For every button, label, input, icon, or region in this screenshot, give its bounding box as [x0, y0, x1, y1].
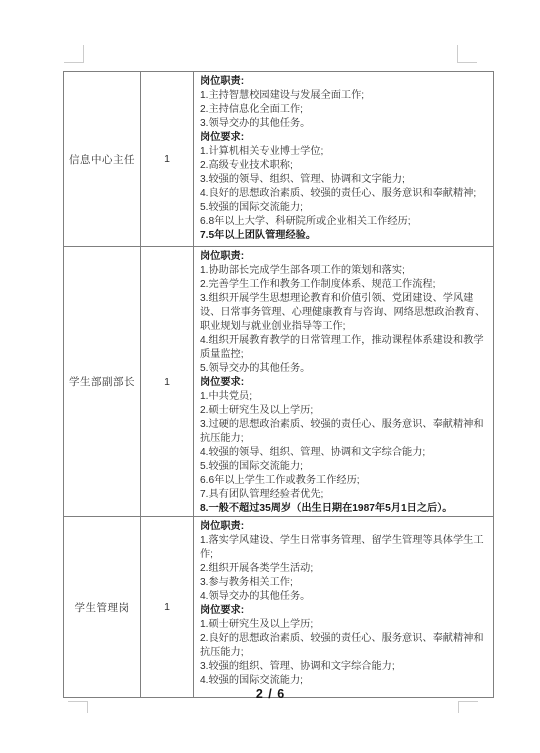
- crop-mark-top-left: [64, 45, 84, 63]
- detail-line: 5.较强的国际交流能力;: [200, 460, 491, 474]
- table-row: 学生管理岗 1 岗位职责:1.落实学风建设、学生日常事务管理、留学生管理等具体学…: [64, 517, 494, 698]
- position-title: 学生部副部长: [64, 247, 141, 517]
- detail-line: 1.主持智慧校园建设与发展全面工作;: [200, 89, 491, 103]
- section-heading: 岗位要求:: [200, 604, 491, 618]
- section-heading: 岗位职责:: [200, 250, 491, 264]
- detail-line: 1.落实学风建设、学生日常事务管理、留学生管理等具体学生工作;: [200, 534, 491, 562]
- position-details: 岗位职责:1.落实学风建设、学生日常事务管理、留学生管理等具体学生工作;2.组织…: [194, 517, 494, 698]
- detail-line: 7.具有团队管理经验者优先;: [200, 488, 491, 502]
- section-heading: 8.一般不超过35周岁（出生日期在1987年5月1日之后）。: [200, 502, 491, 516]
- detail-line: 2.良好的思想政治素质、较强的责任心、服务意识、奉献精神和抗压能力;: [200, 632, 491, 660]
- section-heading: 岗位要求:: [200, 376, 491, 390]
- detail-line: 4.领导交办的其他任务。: [200, 590, 491, 604]
- detail-line: 6.8年以上大学、科研院所或企业相关工作经历;: [200, 215, 491, 229]
- crop-mark-bottom-left: [68, 701, 88, 713]
- position-count: 1: [141, 517, 194, 698]
- detail-line: 3.过硬的思想政治素质、较强的责任心、服务意识、奉献精神和抗压能力;: [200, 418, 491, 446]
- detail-line: 1.中共党员;: [200, 390, 491, 404]
- crop-mark-bottom-right: [458, 701, 478, 713]
- table-row: 学生部副部长 1 岗位职责:1.协助部长完成学生部各项工作的策划和落实;2.完善…: [64, 247, 494, 517]
- position-title: 学生管理岗: [64, 517, 141, 698]
- detail-line: 3.组织开展学生思想理论教育和价值引领、党团建设、学风建设、日常事务管理、心理健…: [200, 292, 491, 334]
- detail-line: 2.主持信息化全面工作;: [200, 103, 491, 117]
- detail-line: 2.完善学生工作和教务工作制度体系、规范工作流程;: [200, 278, 491, 292]
- detail-line: 6.6年以上学生工作或教务工作经历;: [200, 474, 491, 488]
- position-count: 1: [141, 247, 194, 517]
- position-title: 信息中心主任: [64, 72, 141, 247]
- section-heading: 岗位职责:: [200, 520, 491, 534]
- job-positions-table: 信息中心主任 1 岗位职责:1.主持智慧校园建设与发展全面工作;2.主持信息化全…: [63, 71, 494, 698]
- detail-line: 1.协助部长完成学生部各项工作的策划和落实;: [200, 264, 491, 278]
- position-details: 岗位职责:1.协助部长完成学生部各项工作的策划和落实;2.完善学生工作和教务工作…: [194, 247, 494, 517]
- table-row: 信息中心主任 1 岗位职责:1.主持智慧校园建设与发展全面工作;2.主持信息化全…: [64, 72, 494, 247]
- detail-line: 1.计算机相关专业博士学位;: [200, 145, 491, 159]
- detail-line: 4.组织开展教育教学的日常管理工作，推动课程体系建设和教学质量监控;: [200, 334, 491, 362]
- page-number: 2 / 6: [63, 687, 478, 701]
- detail-line: 1.硕士研究生及以上学历;: [200, 618, 491, 632]
- detail-line: 4.较强的国际交流能力;: [200, 674, 491, 688]
- position-count: 1: [141, 72, 194, 247]
- section-heading: 7.5年以上团队管理经验。: [200, 229, 491, 243]
- detail-line: 3.参与教务相关工作;: [200, 576, 491, 590]
- detail-line: 2.组织开展各类学生活动;: [200, 562, 491, 576]
- detail-line: 3.较强的组织、管理、协调和文字综合能力;: [200, 660, 491, 674]
- detail-line: 2.高级专业技术职称;: [200, 159, 491, 173]
- section-heading: 岗位职责:: [200, 75, 491, 89]
- document-page: 信息中心主任 1 岗位职责:1.主持智慧校园建设与发展全面工作;2.主持信息化全…: [0, 0, 540, 753]
- detail-line: 5.较强的国际交流能力;: [200, 201, 491, 215]
- detail-line: 5.领导交办的其他任务。: [200, 362, 491, 376]
- crop-mark-top-right: [457, 45, 477, 63]
- position-details: 岗位职责:1.主持智慧校园建设与发展全面工作;2.主持信息化全面工作;3.领导交…: [194, 72, 494, 247]
- detail-line: 4.良好的思想政治素质、较强的责任心、服务意识和奉献精神;: [200, 187, 491, 201]
- detail-line: 4.较强的领导、组织、管理、协调和文字综合能力;: [200, 446, 491, 460]
- detail-line: 2.硕士研究生及以上学历;: [200, 404, 491, 418]
- detail-line: 3.领导交办的其他任务。: [200, 117, 491, 131]
- section-heading: 岗位要求:: [200, 131, 491, 145]
- detail-line: 3.较强的领导、组织、管理、协调和文字能力;: [200, 173, 491, 187]
